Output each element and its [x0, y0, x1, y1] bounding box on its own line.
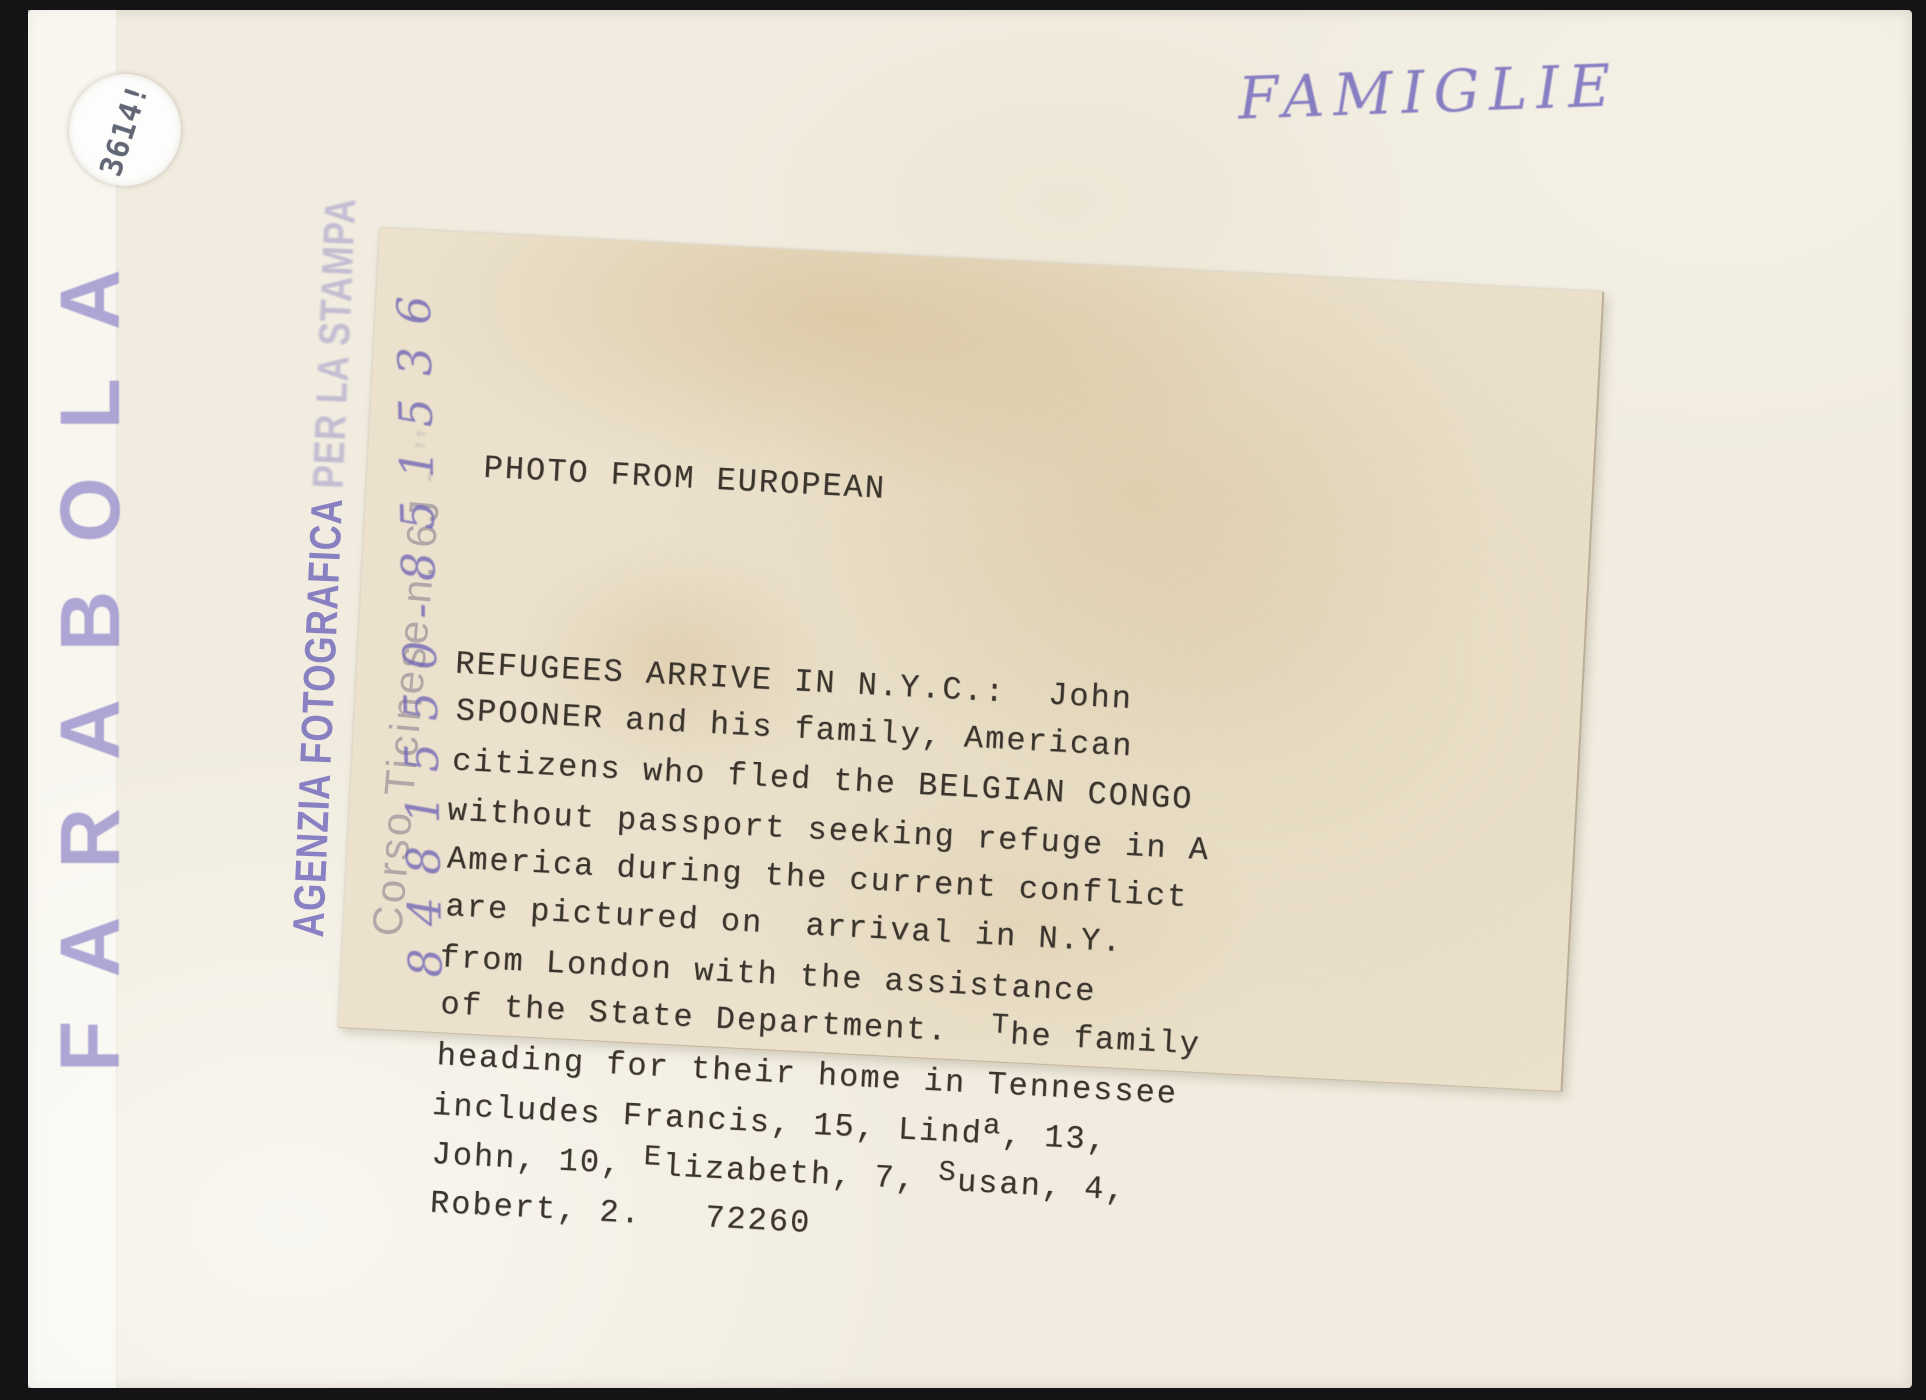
- farabola-agency-stamp: FARABOLA: [42, 221, 139, 1072]
- sticker-number: 3614!: [94, 79, 157, 180]
- agency-stamp-faded-text: PER LA STAMPA: [304, 197, 366, 490]
- ink-archive-number: 8481550-851536: [386, 273, 452, 978]
- scanned-photo-back: 3614! FAMIGLIE FARABOLA AGENZIA FOTOGRAF…: [0, 0, 1926, 1400]
- caption-header: PHOTO FROM EUROPEAN: [482, 444, 1231, 532]
- caption-body: REFUGEES ARRIVE IN N.Y.C.: JohnSPOONER a…: [428, 639, 1221, 1269]
- agency-stamp-text: AGENZIA FOTOGRAFICA: [284, 488, 353, 939]
- photo-card-verso: 3614! FAMIGLIE FARABOLA AGENZIA FOTOGRAF…: [28, 10, 1912, 1388]
- handwritten-category-note: FAMIGLIE: [1237, 51, 1621, 132]
- archive-sticker: 3614!: [69, 74, 181, 186]
- caption-strip: Corso Ticinese n. 6J - ’’ 8481550-851536…: [338, 228, 1604, 1092]
- typewritten-caption: PHOTO FROM EUROPEAN REFUGEES ARRIVE IN N…: [423, 345, 1237, 1367]
